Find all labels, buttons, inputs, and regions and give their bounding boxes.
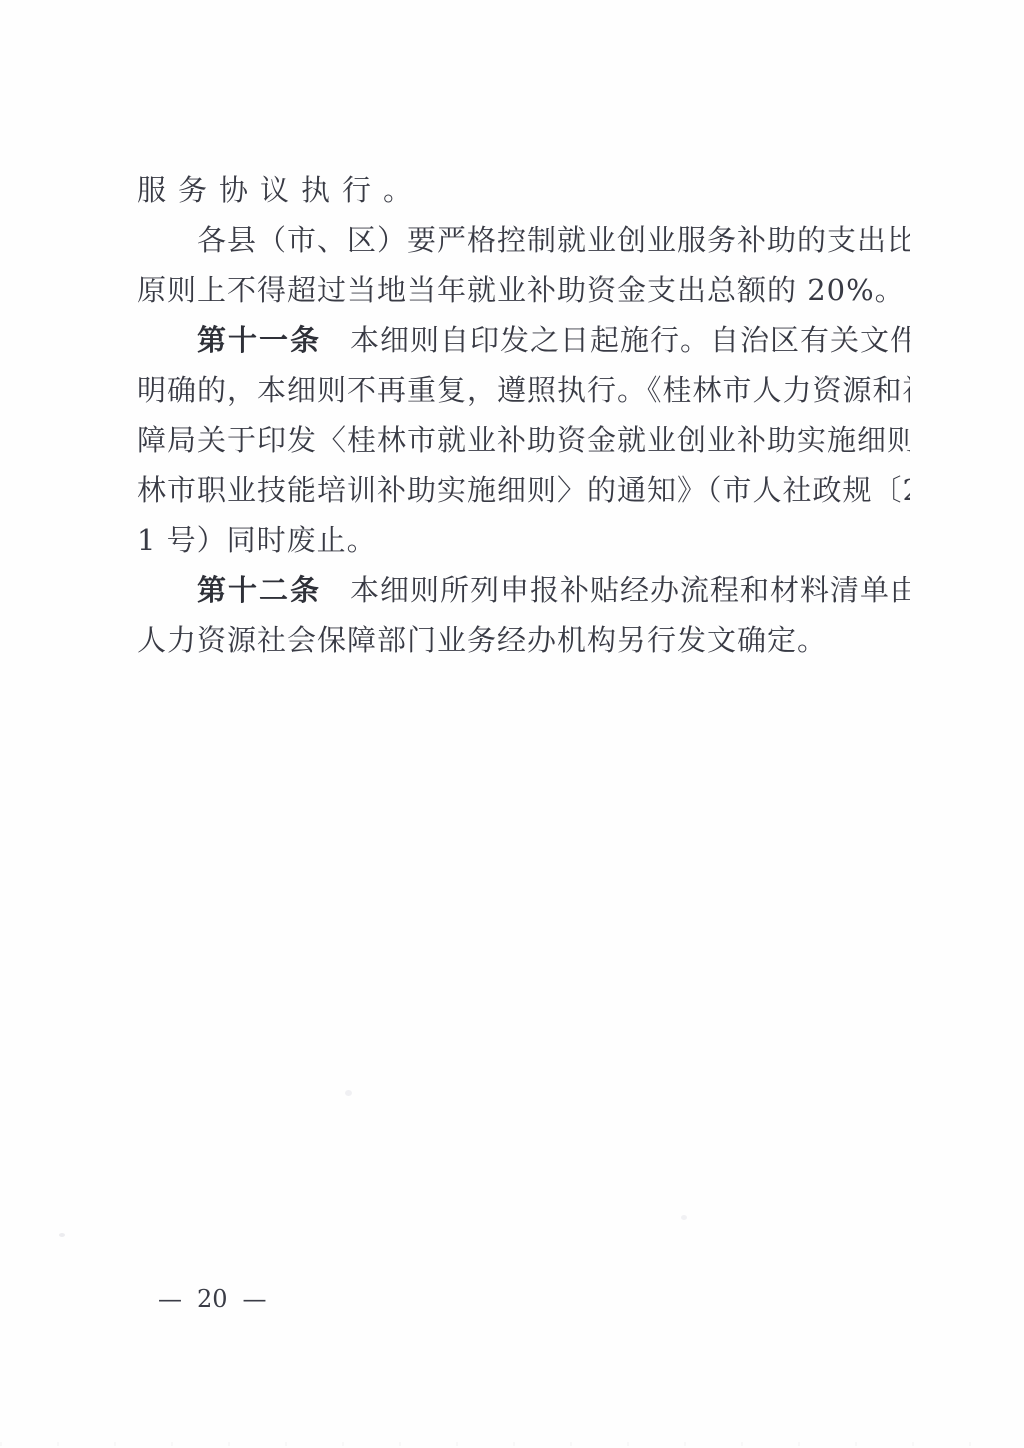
para-expense-ratio-line-1: 各县（市、区）要严格控制就业创业服务补助的支出比例， [137,215,910,265]
document-page: 服务协议执行。 各县（市、区）要严格控制就业创业服务补助的支出比例， 原则上不得… [0,0,1024,1448]
scan-edge-noise [0,1442,1024,1446]
article-12-line-2: 人力资源社会保障部门业务经办机构另行发文确定。 [137,615,910,665]
scan-speck [681,1215,687,1220]
article-11-heading: 第十一条 [197,323,321,357]
para-expense-ratio-line-2: 原则上不得超过当地当年就业补助资金支出总额的 20%。 [137,265,910,315]
page-number-dash-left: — [158,1282,182,1316]
scan-speck [59,1233,65,1237]
article-12-text: 本细则所列申报补贴经办流程和材料清单由各级 [350,573,910,607]
page-number-value: 20 [197,1282,228,1316]
article-12-heading: 第十二条 [197,573,321,607]
article-11-line-1: 第十一条本细则自印发之日起施行。自治区有关文件已经 [137,315,910,365]
page-number: — 20 — [158,1282,267,1316]
article-12-line-1: 第十二条本细则所列申报补贴经办流程和材料清单由各级 [137,565,910,615]
para-end-line: 服务协议执行。 [137,165,910,215]
article-11-line-4: 林市职业技能培训补助实施细则〉的通知》（市人社政规〔2020〕 [137,465,910,515]
page-number-dash-right: — [243,1282,267,1316]
article-11-line-5: 1 号）同时废止。 [137,515,910,565]
article-11-line-3: 障局关于印发〈桂林市就业补助资金就业创业补助实施细则〉〈桂 [137,415,910,465]
scan-speck [345,1090,352,1096]
article-11-line-2: 明确的，本细则不再重复，遵照执行。《桂林市人力资源和社会保 [137,365,910,415]
article-11-text: 本细则自印发之日起施行。自治区有关文件已经 [350,323,910,357]
document-body: 服务协议执行。 各县（市、区）要严格控制就业创业服务补助的支出比例， 原则上不得… [137,0,910,1448]
